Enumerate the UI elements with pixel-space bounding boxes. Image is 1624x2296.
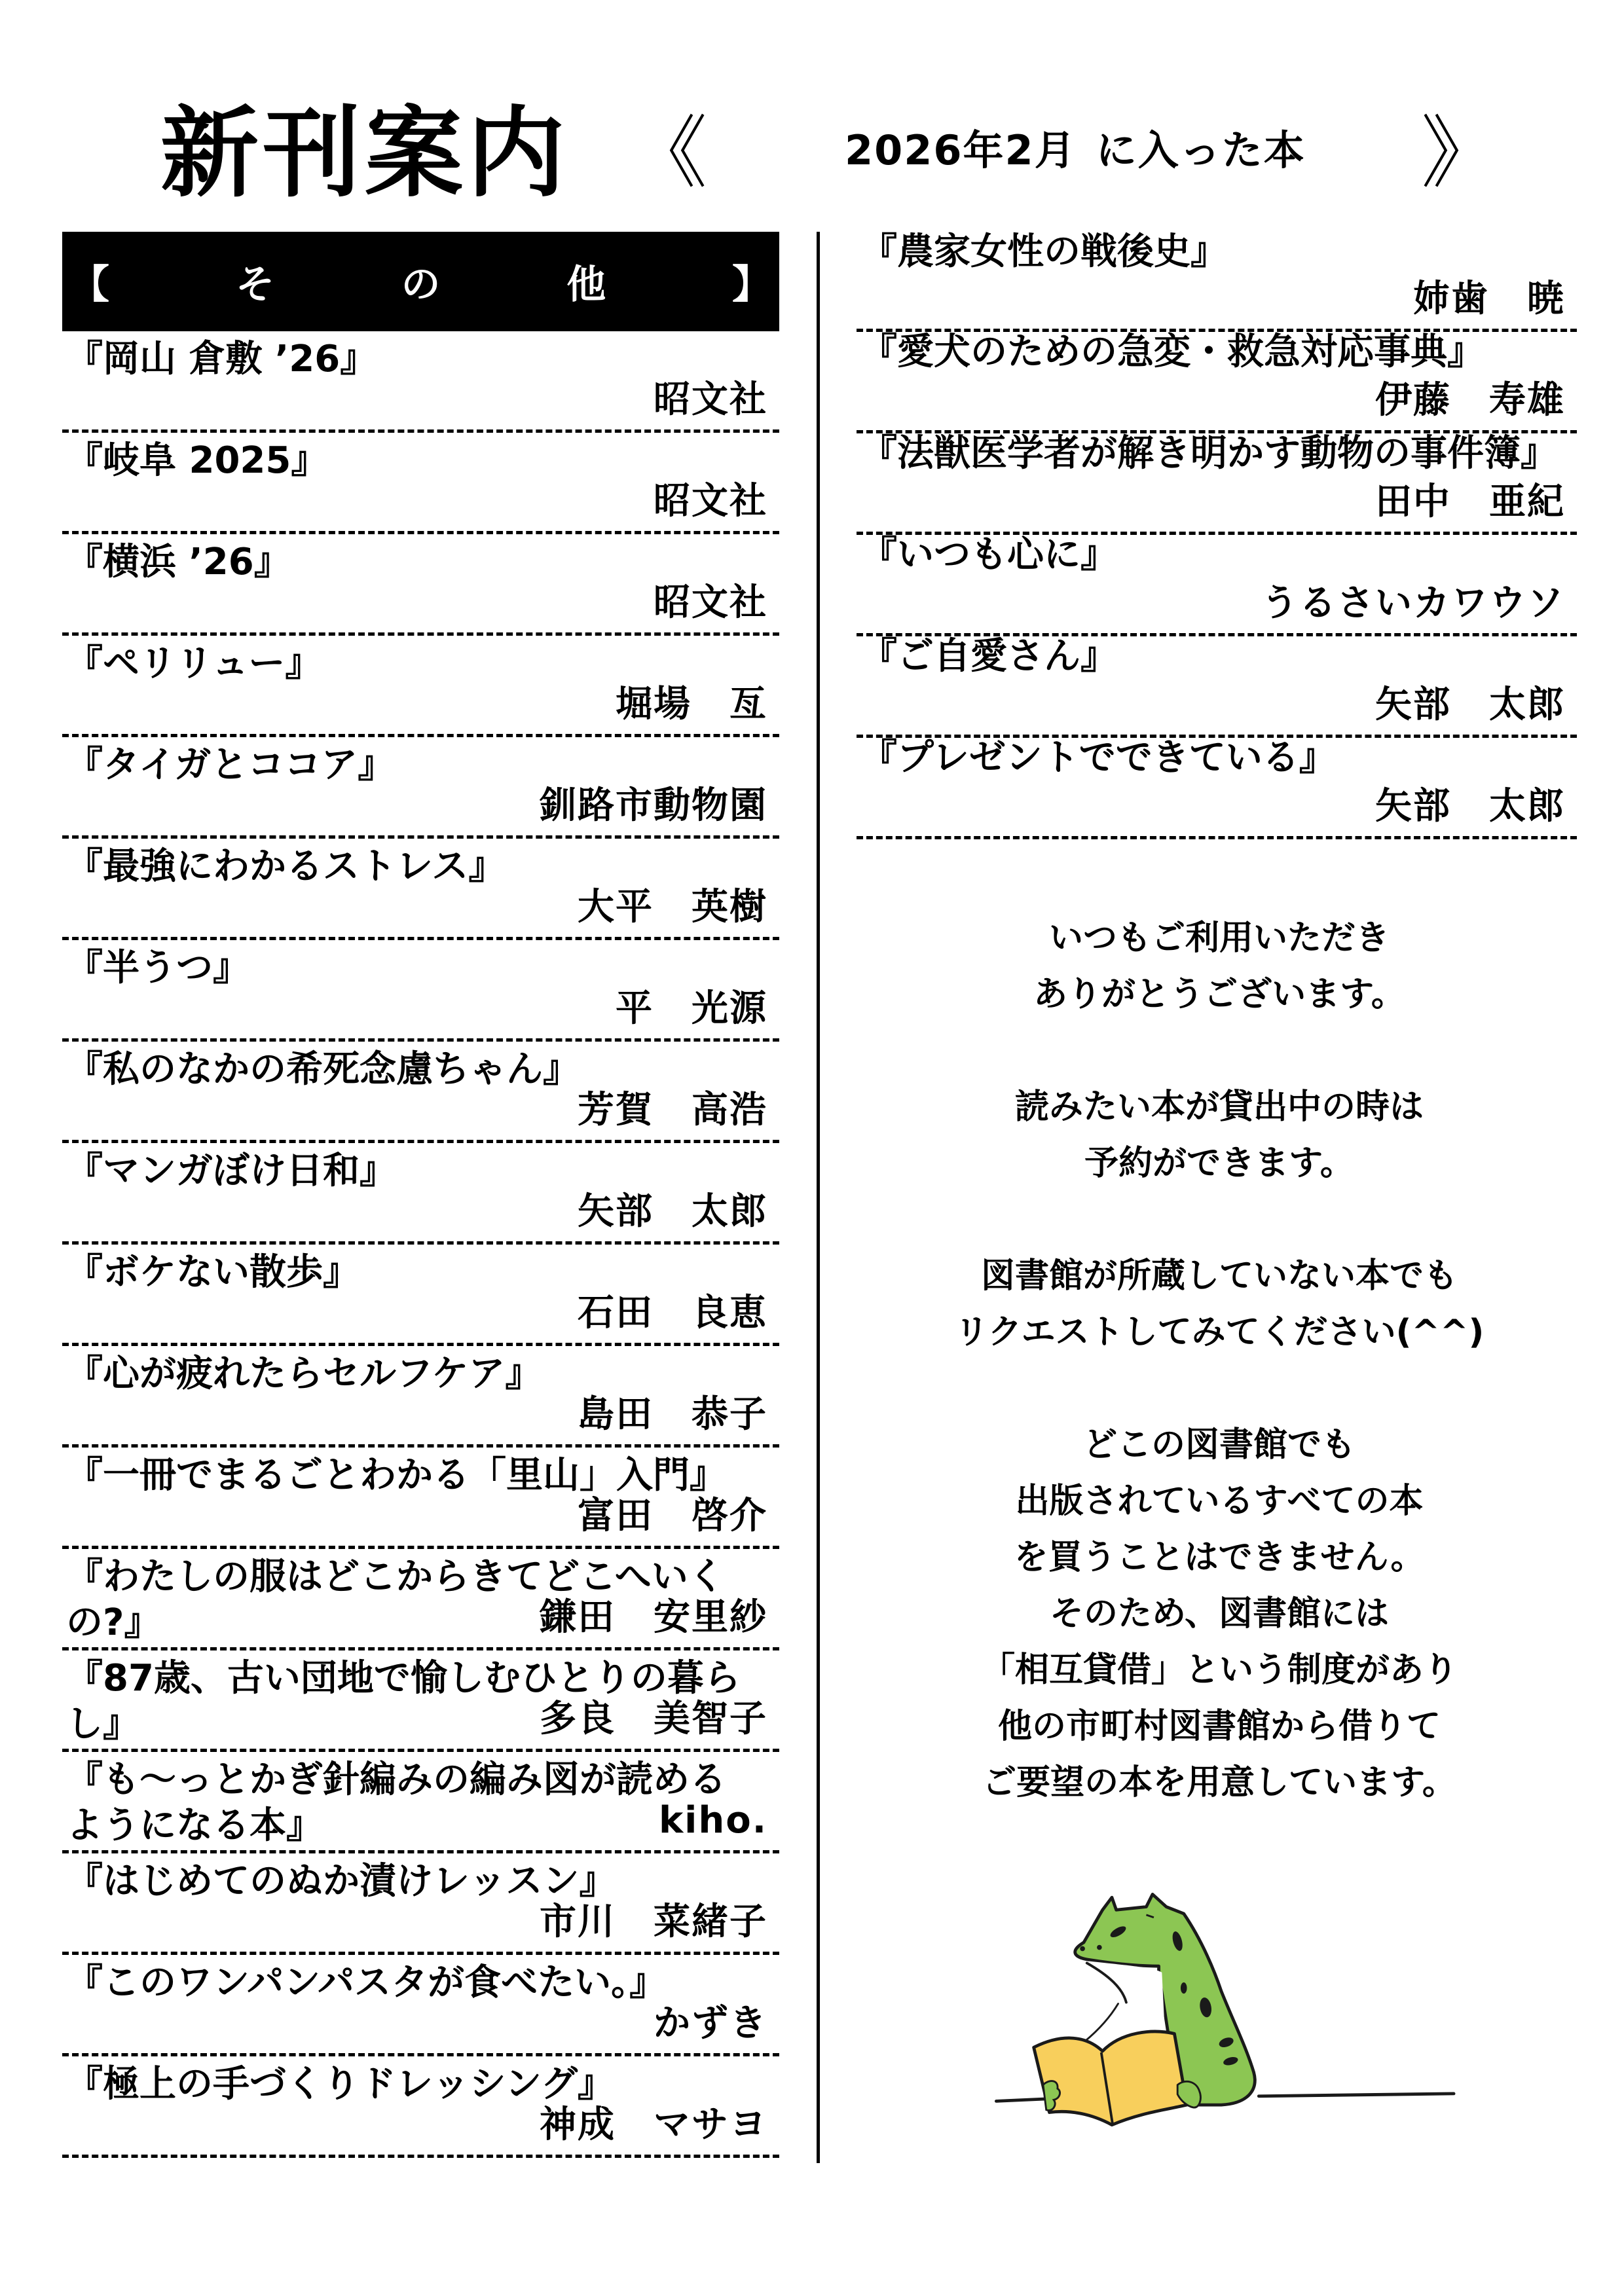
book-entry: 『プレゼントでできている』矢部 太郎 — [857, 738, 1577, 839]
issue-date: 2026年2月 — [845, 126, 1077, 174]
issue-caption: に入った本 — [1096, 126, 1306, 174]
book-entry: 『一冊でまるごとわかる「里山」入門』富田 啓介 — [62, 1448, 779, 1549]
book-author: 矢部 太郎 — [1375, 682, 1565, 728]
book-author: 石田 良恵 — [578, 1290, 767, 1336]
notice-interlibrary-loan: どこの図書館でも 出版されているすべての本 を買うことはできません。 そのため、… — [859, 1417, 1579, 1811]
book-title: 『岐阜 2025』 — [66, 438, 327, 484]
book-title: 『横浜 ’26』 — [66, 539, 291, 585]
book-title: 『法獣医学者が解き明かす動物の事件簿』 — [860, 431, 1555, 477]
book-entry: 『タイガとココア』釧路市動物園 — [62, 737, 779, 839]
book-entry: 『私のなかの希死念慮ちゃん』芳賀 高浩 — [62, 1042, 779, 1143]
left-column: 【 そ の 他 】 『岡山 倉敷 ’26』昭文社 『岐阜 2025』昭文社 『横… — [62, 232, 779, 2158]
book-entry: 『横浜 ’26』昭文社 — [62, 534, 779, 636]
book-title: 『ご自愛さん』 — [860, 634, 1117, 680]
book-author: うるさいカワウソ — [1261, 581, 1565, 627]
notice-line: どこの図書館でも — [1083, 1425, 1356, 1465]
book-title: 『半うつ』 — [66, 945, 249, 991]
book-title: 『プレゼントでできている』 — [860, 735, 1336, 781]
book-author: 多良 美智子 — [540, 1696, 767, 1742]
book-author: 市川 菜緒子 — [540, 1899, 767, 1945]
section-char-2: の — [401, 253, 441, 310]
book-title: 『マンガぼけ日和』 — [66, 1148, 396, 1194]
book-author: 芳賀 高浩 — [578, 1087, 767, 1133]
book-title: 『愛犬のための急変・救急対応事典』 — [860, 329, 1484, 375]
book-author: 姉歯 暁 — [1413, 276, 1565, 322]
book-title: 『はじめてのぬか漬けレッスン』 — [66, 1859, 616, 1904]
book-author: 島田 恭子 — [578, 1392, 767, 1438]
book-entry: 『愛犬のための急変・救急対応事典』伊藤 寿雄 — [857, 332, 1577, 433]
notice-line: いつもご利用いただき — [1049, 919, 1390, 958]
book-title: 『私のなかの希死念慮ちゃん』 — [66, 1047, 580, 1093]
book-title: 『心が疲れたらセルフケア』 — [66, 1351, 542, 1397]
book-entry: 『ボケない散歩』石田 良恵 — [62, 1245, 779, 1346]
book-entry: 『極上の手づくりドレッシング』神成 マサヨ — [62, 2056, 779, 2158]
notice-thanks: いつもご利用いただき ありがとうございます。 — [859, 910, 1579, 1023]
frog-reading-book-icon — [979, 1872, 1464, 2147]
section-header-other: 【 そ の 他 】 — [62, 232, 779, 331]
book-entry: 『農家女性の戦後史』姉歯 暁 — [857, 232, 1577, 332]
book-author: 昭文社 — [654, 377, 767, 423]
book-title: 『ボケない散歩』 — [66, 1250, 360, 1296]
book-title: 『タイガとココア』 — [66, 742, 394, 788]
book-title: 『農家女性の戦後史』 — [860, 229, 1227, 275]
book-author: 伊藤 寿雄 — [1375, 378, 1565, 424]
book-entry: 『ご自愛さん』矢部 太郎 — [857, 636, 1577, 738]
book-entry: 『も～っとかぎ針編みの編み図が読めるようになる本』kiho. — [62, 1752, 779, 1853]
book-author: 富田 啓介 — [578, 1493, 767, 1539]
notice-line: 「相互貸借」という制度があり — [981, 1650, 1458, 1690]
book-entry: 『心が疲れたらセルフケア』島田 恭子 — [62, 1346, 779, 1448]
book-title: 『最強にわかるストレス』 — [66, 844, 505, 890]
section-char-1: そ — [236, 253, 275, 310]
page-header: 新刊案内 《 2026年2月に入った本 》 — [0, 0, 1624, 223]
notice-line: 他の市町村図書館から借りて — [998, 1707, 1441, 1746]
book-author: 神成 マサヨ — [540, 2102, 767, 2148]
book-entry: 『87歳、古い団地で愉しむひとりの暮らし』多良 美智子 — [62, 1650, 779, 1752]
book-author: 昭文社 — [654, 479, 767, 524]
section-bracket-right: 】 — [732, 253, 771, 310]
notice-line: そのため、図書館には — [1050, 1594, 1389, 1633]
book-entry: 『ペリリュー』堀場 亙 — [62, 636, 779, 737]
book-title: 『いつも心に』 — [860, 532, 1117, 578]
notice-line: リクエストしてみてください(^^) — [955, 1313, 1485, 1352]
book-author: 平 光源 — [616, 986, 767, 1032]
book-entry: 『いつも心に』うるさいカワウソ — [857, 535, 1577, 636]
book-title: 『このワンパンパスタが食べたい。』 — [66, 1960, 666, 2006]
double-angle-open: 《 — [629, 111, 707, 196]
issue-subtitle: 2026年2月に入った本 — [845, 124, 1306, 177]
section-bracket-left: 【 — [70, 253, 109, 310]
right-column: 『農家女性の戦後史』姉歯 暁 『愛犬のための急変・救急対応事典』伊藤 寿雄 『法… — [857, 232, 1577, 839]
book-entry: 『マンガぼけ日和』矢部 太郎 — [62, 1143, 779, 1245]
notice-line: 読みたい本が貸出中の時は — [1015, 1087, 1424, 1127]
notice-line: 図書館が所蔵していない本でも — [981, 1256, 1458, 1296]
book-author: 矢部 太郎 — [1375, 784, 1565, 829]
book-entry: 『はじめてのぬか漬けレッスン』市川 菜緒子 — [62, 1853, 779, 1955]
notice-line: 予約ができます。 — [1084, 1144, 1354, 1183]
book-entry: 『半うつ』平 光源 — [62, 940, 779, 1042]
book-author: 堀場 亙 — [616, 682, 767, 727]
book-title: 『極上の手づくりドレッシング』 — [66, 2062, 614, 2107]
notice-request: 図書館が所蔵していない本でも リクエストしてみてください(^^) — [859, 1248, 1579, 1360]
book-author: かずき — [654, 2001, 767, 2047]
book-entry: 『わたしの服はどこからきてどこへいくの?』鎌田 安里紗 — [62, 1549, 779, 1650]
book-title: 『一冊でまるごとわかる「里山」入門』 — [66, 1453, 726, 1499]
notice-line: を買うことはできません。 — [1014, 1538, 1424, 1577]
page-title: 新刊案内 — [160, 98, 569, 210]
book-entry: 『最強にわかるストレス』大平 英樹 — [62, 839, 779, 940]
book-title: 『ペリリュー』 — [66, 641, 322, 687]
book-title: 『岡山 倉敷 ’26』 — [66, 337, 377, 382]
book-entry: 『岡山 倉敷 ’26』昭文社 — [62, 331, 779, 433]
column-divider — [817, 232, 820, 2163]
book-author: 昭文社 — [654, 580, 767, 626]
book-author: kiho. — [659, 1798, 767, 1844]
book-title: 『も～っとかぎ針編みの編み図が読めるようになる本』 — [66, 1757, 760, 1849]
library-notice: いつもご利用いただき ありがとうございます。 読みたい本が貸出中の時は 予約がで… — [859, 910, 1579, 1811]
book-author: 矢部 太郎 — [578, 1189, 767, 1235]
notice-line: ありがとうございます。 — [1033, 975, 1405, 1014]
book-entry: 『法獣医学者が解き明かす動物の事件簿』田中 亜紀 — [857, 433, 1577, 535]
book-author: 釧路市動物園 — [540, 783, 767, 829]
double-angle-close: 》 — [1421, 111, 1500, 196]
notice-line: ご要望の本を用意しています。 — [982, 1763, 1456, 1802]
book-author: 田中 亜紀 — [1375, 479, 1565, 525]
section-char-3: 他 — [566, 253, 606, 310]
book-entry: 『このワンパンパスタが食べたい。』かずき — [62, 1955, 779, 2056]
book-author: 鎌田 安里紗 — [540, 1595, 767, 1641]
book-entry: 『岐阜 2025』昭文社 — [62, 433, 779, 534]
book-author: 大平 英樹 — [578, 884, 767, 930]
notice-reservation: 読みたい本が貸出中の時は 予約ができます。 — [859, 1079, 1579, 1192]
notice-line: 出版されているすべての本 — [1016, 1482, 1424, 1521]
